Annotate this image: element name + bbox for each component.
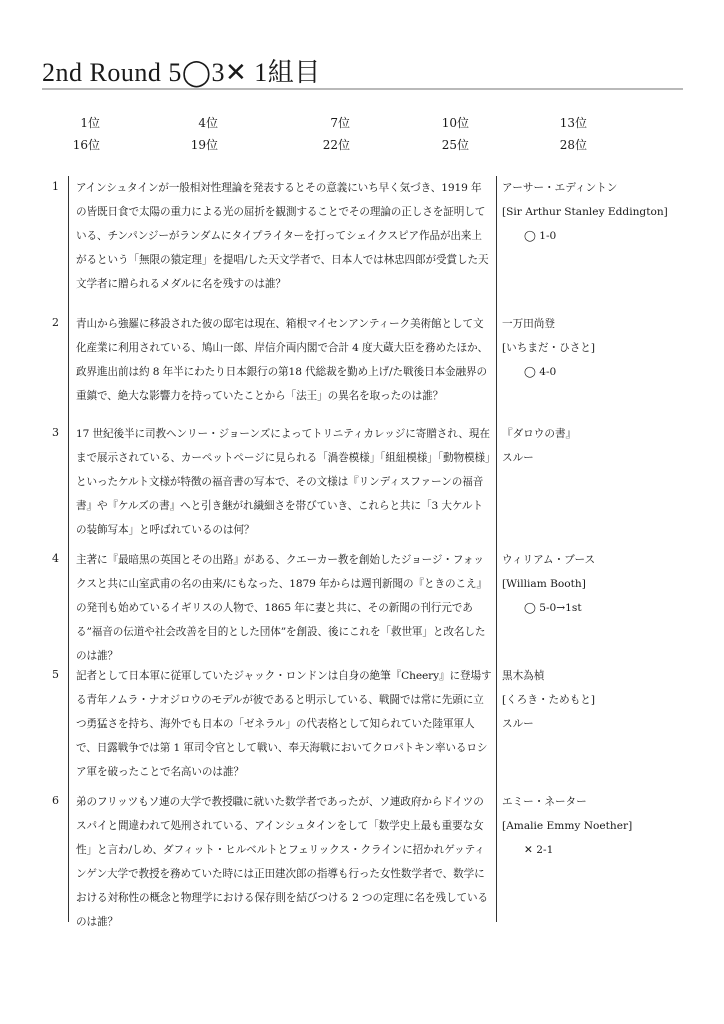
rank-label: 7位 bbox=[300, 114, 350, 131]
rank-label: 22位 bbox=[300, 136, 350, 153]
answer-cell: エミー・ネーター [Amalie Emmy Noether] ✕ 2-1 bbox=[502, 790, 702, 862]
answer-reading: [William Booth] bbox=[502, 572, 702, 596]
result-score: ◯ 1-0 bbox=[502, 224, 702, 248]
answer-reading: [くろき・ためもと] bbox=[502, 688, 702, 712]
answer: エミー・ネーター bbox=[502, 790, 702, 814]
result-score: ✕ 2-1 bbox=[502, 838, 702, 862]
rank-label: 13位 bbox=[537, 114, 587, 131]
question-text: 弟のフリッツもソ連の大学で教授職に就いた数学者であったが、ソ連政府からドイツのス… bbox=[76, 790, 492, 934]
answer-status: スルー bbox=[502, 446, 702, 470]
page-title: 2nd Round 5◯3✕ 1組目 bbox=[42, 52, 321, 89]
answer-cell: 『ダロウの書』 スルー bbox=[502, 422, 702, 470]
rank-label: 10位 bbox=[419, 114, 469, 131]
rank-label: 4位 bbox=[168, 114, 218, 131]
answer: 黒木為楨 bbox=[502, 664, 702, 688]
question-text: アインシュタインが一般相対性理論を発表するとその意義にいち早く気づき、1919 … bbox=[76, 176, 492, 296]
question-number: 4 bbox=[52, 552, 59, 565]
rank-row-2: 16位 19位 22位 25位 28位 bbox=[50, 136, 610, 158]
question-text: 17 世紀後半に司教ヘンリー・ジョーンズによってトリニティカレッジに寄贈され、現… bbox=[76, 422, 492, 542]
table-answer-divider bbox=[496, 176, 497, 922]
question-text: 記者として日本軍に従軍していたジャック・ロンドンは自身の絶筆『Cheery』に登… bbox=[76, 664, 492, 784]
question-text: 主著に『最暗黒の英国とその出路』がある、クエーカー教を創始したジョージ・フォック… bbox=[76, 548, 492, 668]
answer-reading: [いちまだ・ひさと] bbox=[502, 336, 702, 360]
answer-status: スルー bbox=[502, 712, 702, 736]
answer-reading: [Sir Arthur Stanley Eddington] bbox=[502, 200, 702, 224]
answer-reading: [Amalie Emmy Noether] bbox=[502, 814, 702, 838]
rank-label: 16位 bbox=[50, 136, 100, 153]
answer: ウィリアム・ブース bbox=[502, 548, 702, 572]
question-number: 3 bbox=[52, 426, 59, 439]
answer: 『ダロウの書』 bbox=[502, 422, 702, 446]
rank-row-1: 1位 4位 7位 10位 13位 bbox=[50, 114, 610, 136]
answer: 一万田尚登 bbox=[502, 312, 702, 336]
rank-label: 1位 bbox=[50, 114, 100, 131]
result-score: ◯ 4-0 bbox=[502, 360, 702, 384]
rank-label: 28位 bbox=[537, 136, 587, 153]
rank-table: 1位 4位 7位 10位 13位 16位 19位 22位 25位 28位 bbox=[50, 114, 610, 158]
table-left-border bbox=[68, 176, 69, 922]
question-number: 2 bbox=[52, 316, 59, 329]
answer: アーサー・エディントン bbox=[502, 176, 702, 200]
rank-label: 25位 bbox=[419, 136, 469, 153]
answer-cell: 黒木為楨 [くろき・ためもと] スルー bbox=[502, 664, 702, 736]
result-score: ◯ 5-0→1st bbox=[502, 596, 702, 620]
title-divider bbox=[42, 88, 683, 90]
question-number: 6 bbox=[52, 794, 59, 807]
answer-cell: 一万田尚登 [いちまだ・ひさと] ◯ 4-0 bbox=[502, 312, 702, 384]
answer-cell: アーサー・エディントン [Sir Arthur Stanley Eddingto… bbox=[502, 176, 702, 248]
rank-label: 19位 bbox=[168, 136, 218, 153]
question-number: 1 bbox=[52, 180, 59, 193]
question-text: 青山から強羅に移設された彼の邸宅は現在、箱根マイセンアンティーク美術館として文化… bbox=[76, 312, 492, 408]
answer-cell: ウィリアム・ブース [William Booth] ◯ 5-0→1st bbox=[502, 548, 702, 620]
question-number: 5 bbox=[52, 668, 59, 681]
